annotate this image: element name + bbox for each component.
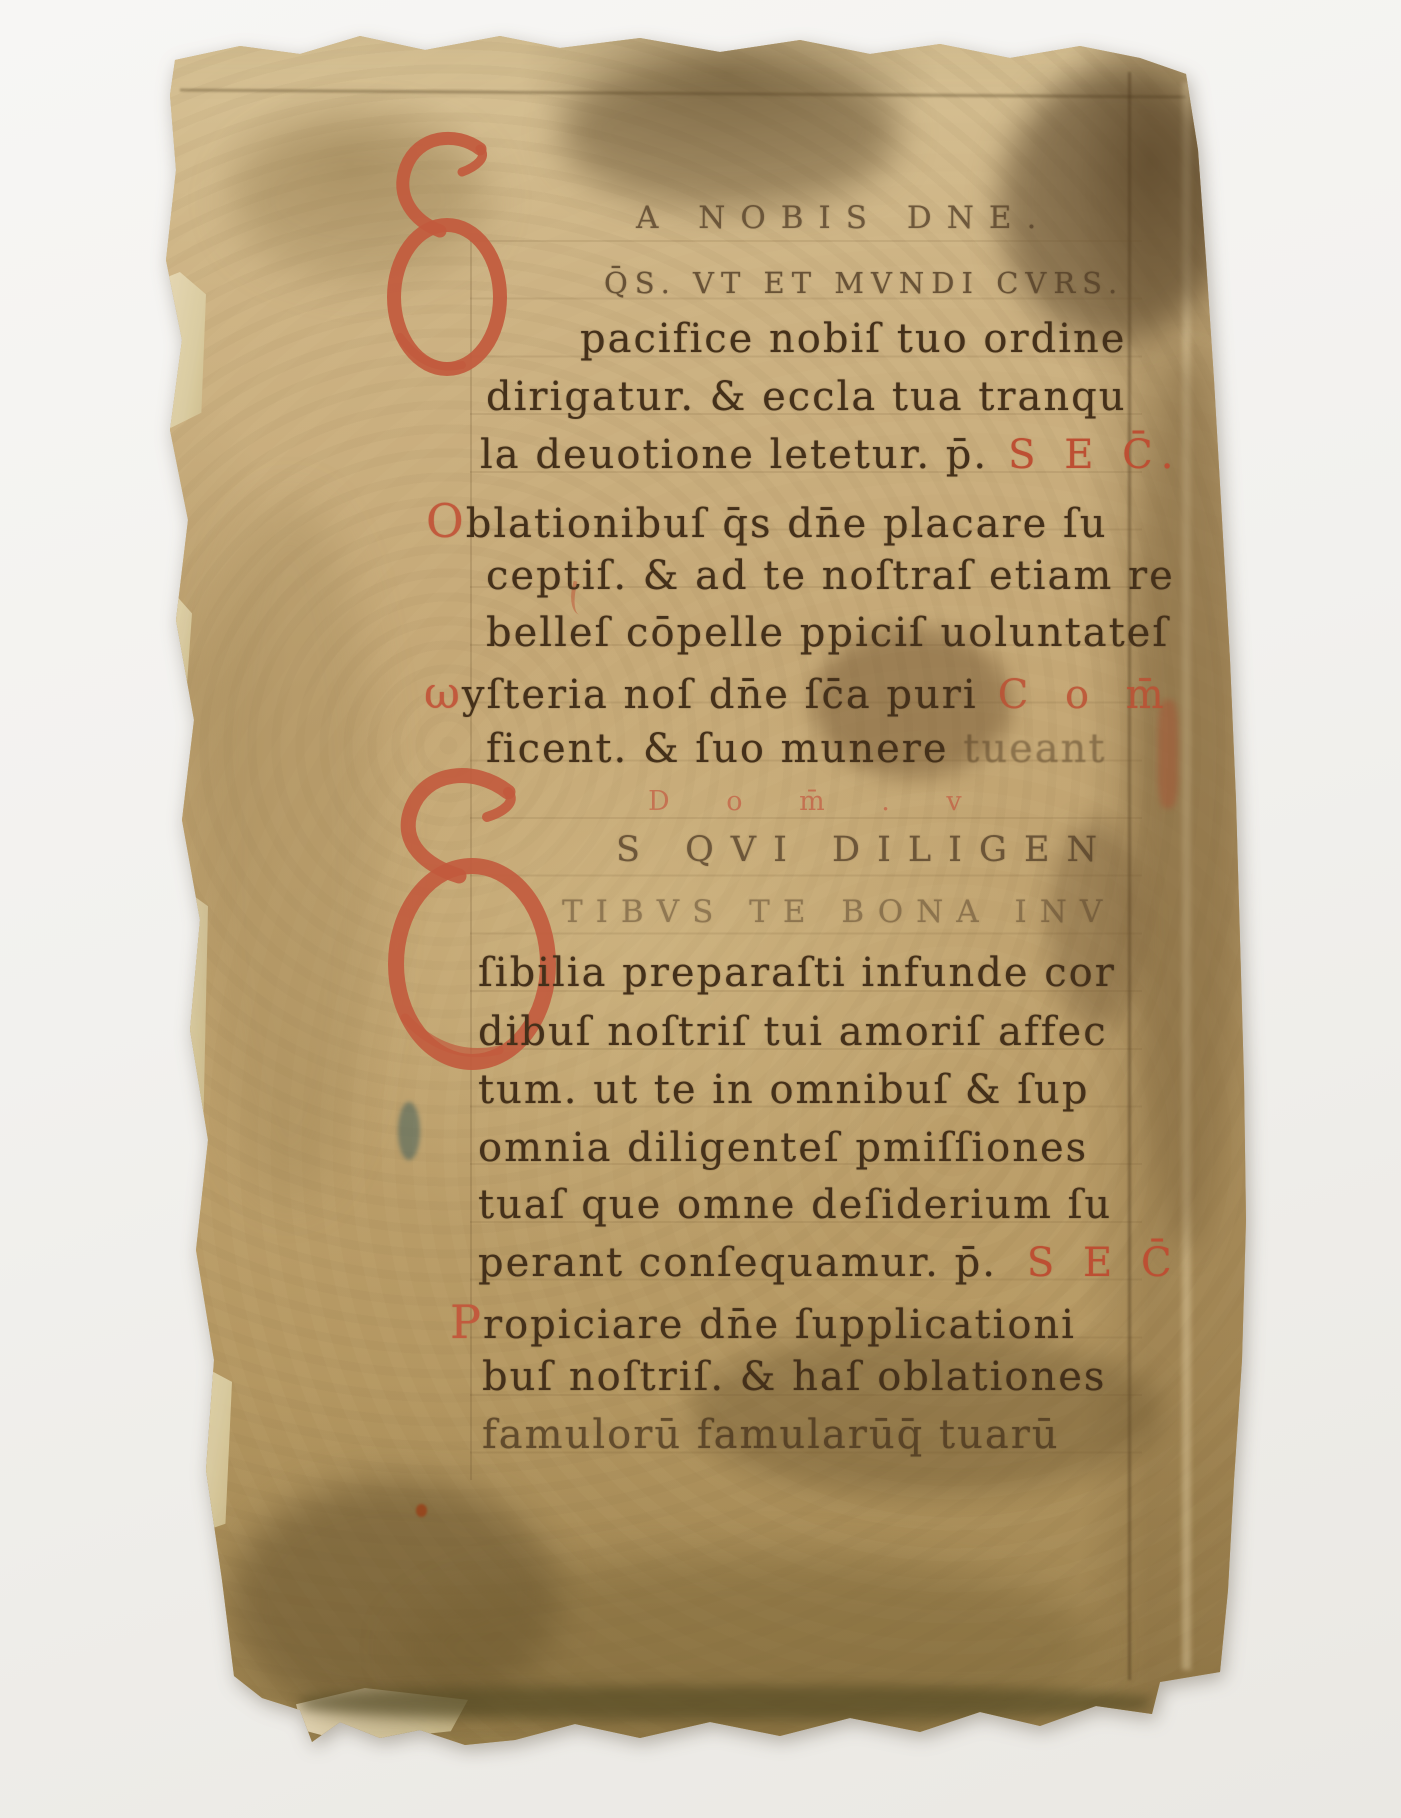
photo-backdrop: { "document": { "kind": "manuscript-leaf… [0, 0, 1401, 1818]
parchment-leaf: A NOBIS DNE. Q̄S. VT ET MVNDI CVRS. paci… [0, 0, 1401, 1818]
edge-vignette [0, 0, 1401, 1818]
manuscript-leaf-wrapper: A NOBIS DNE. Q̄S. VT ET MVNDI CVRS. paci… [0, 0, 1401, 1818]
